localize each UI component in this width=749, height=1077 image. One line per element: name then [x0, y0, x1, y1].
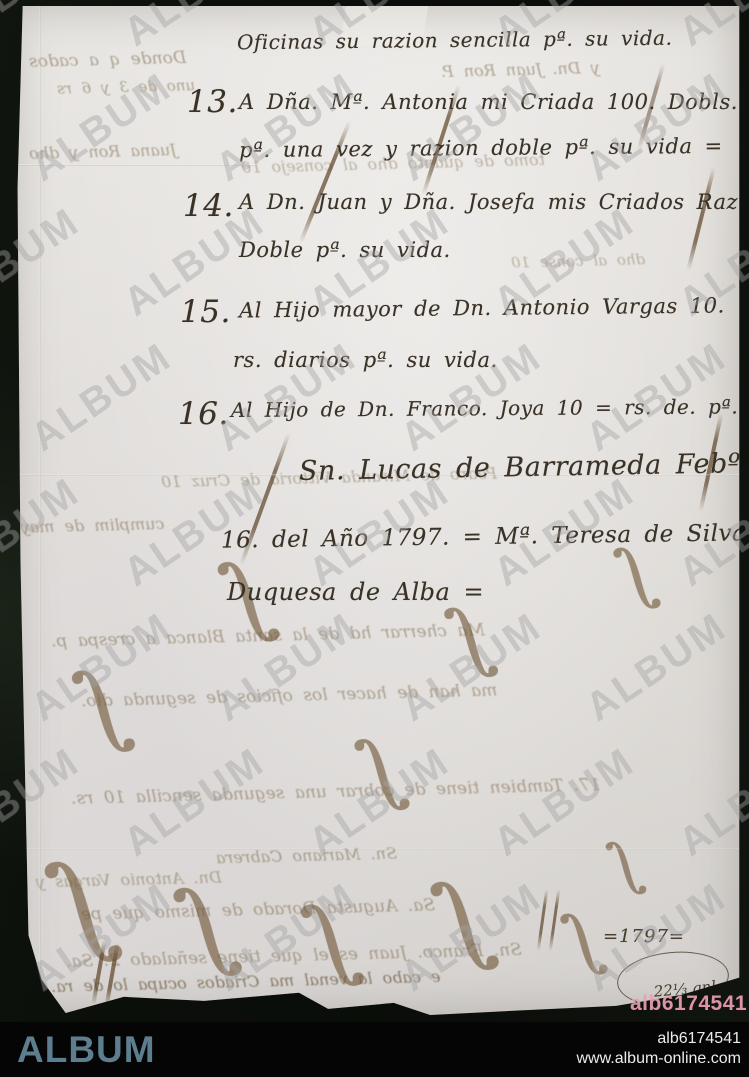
- fold-crease: [11, 164, 256, 166]
- item-number: 15.: [180, 294, 231, 330]
- ink-flourish: ∫: [349, 724, 412, 816]
- manuscript-line: A Dn. Juan y Dña. Josefa mis Criados Raz…: [239, 190, 740, 214]
- bleed-through-line: Juana Ron y dho: [29, 140, 177, 163]
- fold-crease: [39, 6, 41, 1016]
- signature-line: Duquesa de Alba =: [227, 578, 484, 606]
- ink-stroke: [537, 889, 549, 951]
- bleed-through-line: ma han de hacer los oficios de segunda d…: [81, 681, 498, 712]
- manuscript-line: rs. diarios pª. su vida.: [233, 348, 498, 372]
- date-signature-line: 16. del Año 1797. = Mª. Teresa de Silva: [221, 520, 740, 553]
- manuscript-line: Doble pª. su vida.: [239, 238, 451, 262]
- website: www.album-online.com: [576, 1049, 741, 1069]
- manuscript-line: A Dña. Mª. Antonia mi Criada 100. Dobls.: [239, 90, 738, 114]
- album-logo: ALBUM: [17, 1029, 156, 1071]
- ink-stroke: [686, 167, 716, 271]
- manuscript-line: Al Hijo de Dn. Franco. Joya 10 = rs. de.…: [231, 394, 740, 422]
- manuscript-intro-line: Oficinas su razion sencilla pª. su vida.: [237, 26, 673, 55]
- ink-flourish: ∫: [556, 901, 610, 980]
- manuscript-line: pª. una vez y razion doble pª. su vida =: [239, 134, 723, 162]
- bleed-through-line: Sa. Augusta Dorado de mismo que pe: [81, 895, 435, 924]
- bleed-through-line: dho al conse 10: [511, 250, 646, 272]
- fold-crease: [11, 848, 740, 850]
- bleed-through-line: Donde q a cados: [29, 48, 187, 72]
- item-number: 13.: [187, 84, 238, 120]
- album-caption-bar: ALBUM alb6174541 www.album-online.com: [0, 1022, 749, 1077]
- ink-flourish: ∫: [38, 840, 126, 969]
- ink-flourish: ∫: [66, 653, 138, 758]
- item-number: 16.: [178, 396, 229, 432]
- year-annotation: =1797=: [603, 926, 685, 947]
- bleed-through-line: 17. Tambien tiene de cobrar una segunda …: [71, 775, 601, 809]
- manuscript-line: Al Hijo mayor de Dn. Antonio Vargas 10.: [239, 293, 725, 322]
- photo-background: Donde q a cadosuno de 3 y 6 rsy Dn. Juan…: [0, 0, 749, 1022]
- bleed-through-line: cumplim de mayo: [11, 514, 165, 537]
- item-number: 14.: [183, 188, 234, 224]
- image-id-watermark: alb6174541: [630, 992, 747, 1016]
- place-date-line: Sn. Lucas de Barrameda Febº.: [299, 448, 740, 487]
- image-id: alb6174541: [576, 1029, 741, 1049]
- ink-flourish: ∫: [602, 831, 648, 899]
- bleed-through-line: y Dn. Juan Ron P.: [441, 58, 600, 81]
- ink-flourish: ∫: [440, 594, 501, 684]
- bleed-through-line: uno de 3 y 6 rs: [57, 76, 196, 98]
- manuscript-page: Donde q a cadosuno de 3 y 6 rsy Dn. Juan…: [11, 6, 740, 1016]
